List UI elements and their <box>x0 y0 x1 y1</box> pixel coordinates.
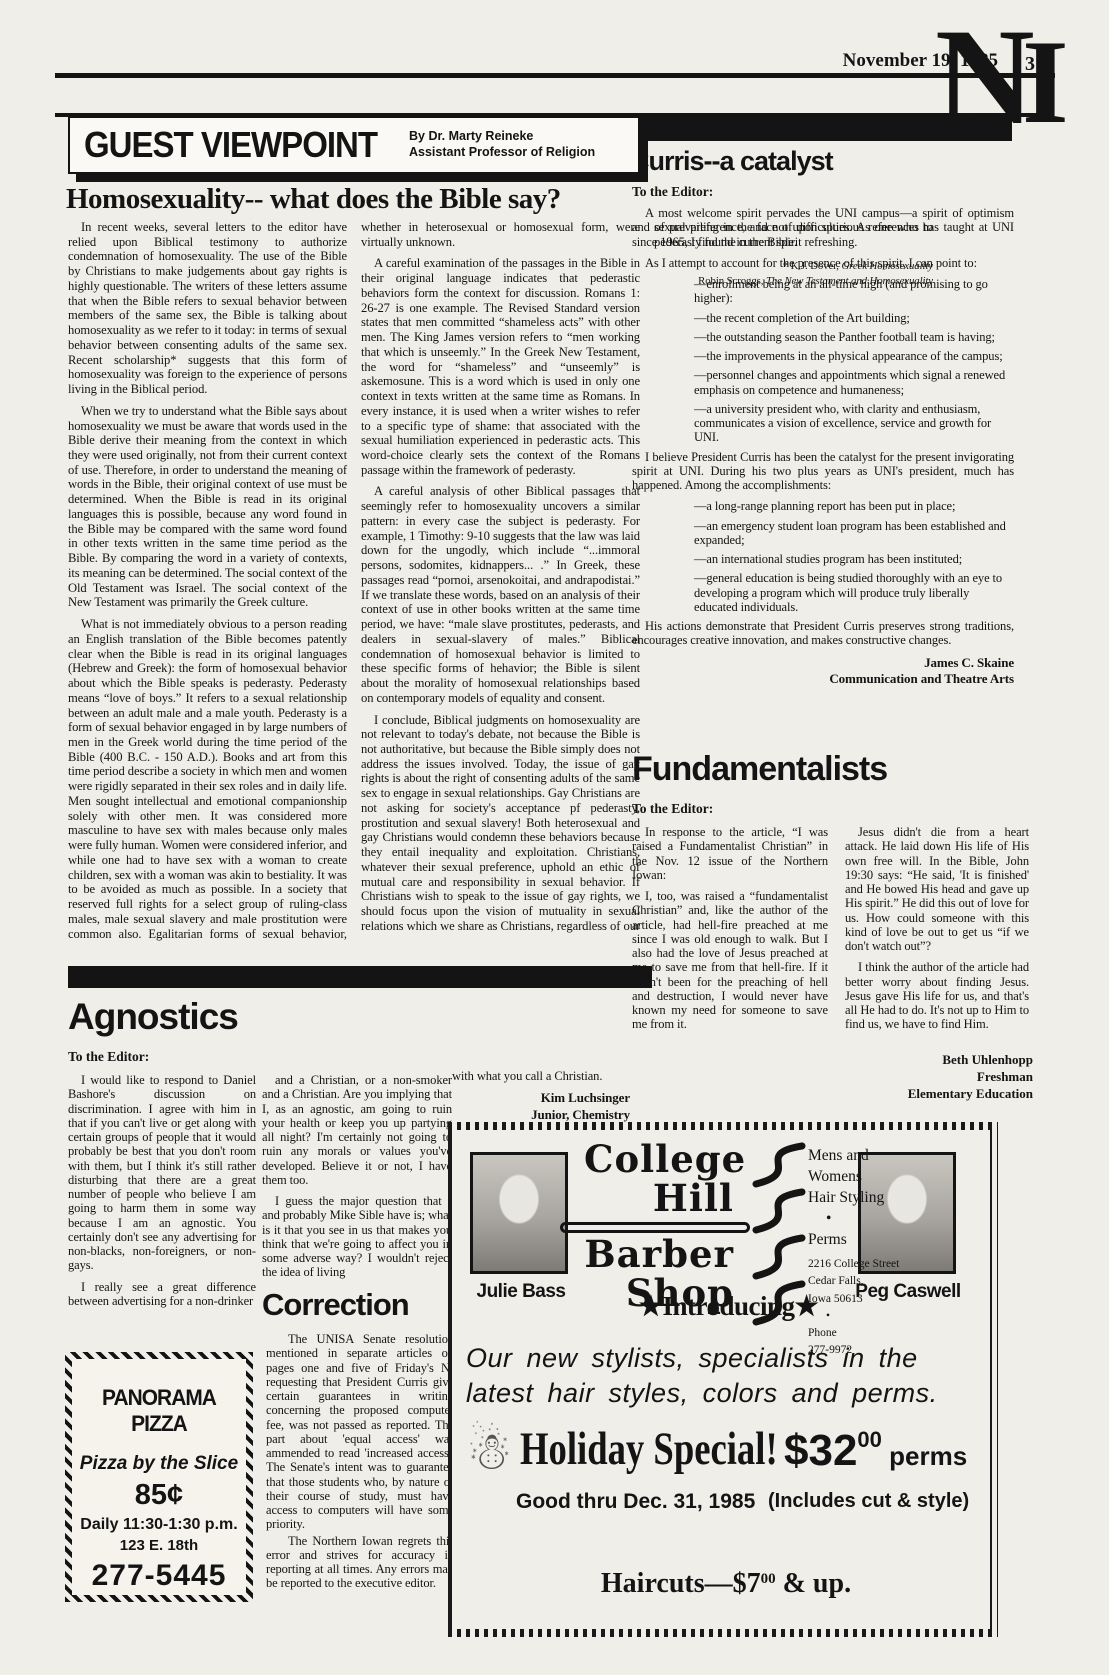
curris-salutation: To the Editor: <box>632 184 713 200</box>
correction-headline: Correction <box>262 1287 409 1323</box>
barber-tagline: Our new stylists, specialists in the lat… <box>466 1341 986 1411</box>
agnostics-paragraph: I would like to respond to Daniel Bashor… <box>68 1073 256 1273</box>
barber-shop-ad: Julie Bass Peg Caswell College Hill Barb… <box>448 1122 998 1637</box>
fundamentalists-paragraph: In response to the article, “I was raise… <box>632 825 828 882</box>
julie-bass-photo <box>470 1152 568 1274</box>
curris-paragraph: I believe President Curris has been the … <box>632 450 1014 493</box>
curris-bullet: —an emergency student loan program has b… <box>694 519 1014 548</box>
signature-class: Freshman <box>845 1069 1033 1086</box>
article-headline: Homosexuality-- what does the Bible say? <box>66 183 641 216</box>
service-line: Hair Styling <box>808 1188 918 1209</box>
address-line: Cedar Falls, <box>808 1273 926 1290</box>
pizza-ad-price: 85¢ <box>72 1479 246 1512</box>
address-line: Phone <box>808 1325 926 1342</box>
curris-signature: James C. Skaine Communication and Theatr… <box>632 655 1014 689</box>
logo-word: Hill <box>584 1179 734 1218</box>
curris-paragraph: A most welcome spirit pervades the UNI c… <box>632 206 1014 249</box>
fundamentalists-paragraph: Jesus didn't die from a heart attack. He… <box>845 825 1029 953</box>
byline-author: By Dr. Marty Reineke <box>409 129 624 145</box>
signature-name: Beth Uhlenhopp <box>845 1052 1033 1069</box>
guest-viewpoint-byline: By Dr. Marty Reineke Assistant Professor… <box>409 129 624 160</box>
fundamentalists-headline: Fundamentalists <box>632 750 887 789</box>
signature-name: James C. Skaine <box>632 655 1014 672</box>
agnostics-headline: Agnostics <box>68 996 238 1038</box>
agnostics-signature: Kim Luchsinger Junior, Chemistry <box>452 1090 630 1124</box>
stylist-name: Julie Bass <box>460 1281 582 1303</box>
article-body: In recent weeks, several letters to the … <box>68 220 640 962</box>
logo-word: College <box>584 1140 734 1179</box>
price-cents: 00 <box>857 1427 881 1452</box>
agnostics-column-3: with what you call a Christian. Kim Luch… <box>452 1069 630 1124</box>
guest-viewpoint-title: GUEST VIEWPOINT <box>84 124 377 166</box>
byline-role: Assistant Professor of Religion <box>409 145 624 161</box>
ni-logo-i: I <box>1022 22 1069 142</box>
pizza-ad-name: PANORAMA PIZZA <box>76 1385 241 1437</box>
curris-paragraph: As I attempt to account for the presence… <box>632 256 1014 270</box>
barber-services: Mens and Womens Hair Styling • Perms <box>808 1146 918 1251</box>
price-includes-note: (Includes cut & style) <box>768 1490 969 1513</box>
pizza-ad-hours: Daily 11:30-1:30 p.m. <box>72 1516 246 1534</box>
guest-viewpoint-banner: GUEST VIEWPOINT By Dr. Marty Reineke Ass… <box>68 116 640 174</box>
section-divider-bar <box>68 966 652 988</box>
curris-letter-body: A most welcome spirit pervades the UNI c… <box>632 206 1014 688</box>
holiday-special-headline: Holiday Special! <box>520 1422 778 1476</box>
correction-paragraph: The UNISA Senate resolution mentioned in… <box>266 1332 454 1532</box>
agnostics-column-2: and a Christian, or a non-smoker and a C… <box>262 1073 452 1287</box>
curris-bullet: —enrollment being at an all-time high (a… <box>694 277 1014 306</box>
haircut-price: Haircuts—$7 <box>601 1568 761 1599</box>
address-line: 2216 College Street <box>808 1256 926 1273</box>
curris-paragraph: His actions demonstrate that President C… <box>632 619 1014 648</box>
ni-logo-n: N <box>935 8 1035 146</box>
article-paragraph: A careful analysis of other Biblical pas… <box>361 484 640 705</box>
offer-valid-dates: Good thru Dec. 31, 1985 <box>516 1490 755 1514</box>
price-dollars: $32 <box>784 1426 857 1475</box>
fundamentalists-column-2: Jesus didn't die from a heart attack. He… <box>845 825 1029 1039</box>
pizza-ad-tagline: Pizza by the Slice <box>72 1453 246 1475</box>
article-paragraph: In recent weeks, several letters to the … <box>68 220 347 397</box>
curris-bullet: —general education is being studied thor… <box>694 571 1014 614</box>
haircut-price-line: Haircuts—$700 & up. <box>566 1568 886 1600</box>
correction-body: The UNISA Senate resolution mentioned in… <box>266 1332 454 1593</box>
masthead-rule-top <box>55 73 1055 78</box>
perm-price: $3200 perms <box>784 1426 967 1476</box>
agnostics-paragraph: I really see a great difference between … <box>68 1280 256 1309</box>
curris-bullet: —personnel changes and appointments whic… <box>694 368 1014 397</box>
service-line: Perms <box>808 1230 918 1251</box>
separator-dot: • <box>808 1209 918 1230</box>
correction-paragraph: The Northern Iowan regrets this error an… <box>266 1534 454 1591</box>
fundamentalists-paragraph: I, too, was raised a “fundamentalist Chr… <box>632 889 828 1032</box>
haircut-cents: 00 <box>761 1571 776 1587</box>
service-line: Mens and <box>808 1146 918 1167</box>
price-unit: perms <box>882 1441 967 1471</box>
fundamentalists-salutation: To the Editor: <box>632 801 713 817</box>
haircut-suffix: & up. <box>776 1568 851 1599</box>
snowman-icon: ☃ <box>466 1422 513 1482</box>
agnostics-salutation: To the Editor: <box>68 1049 149 1065</box>
fundamentalists-column-1: In response to the article, “I was raise… <box>632 825 828 1039</box>
curris-bullet: —a university president who, with clarit… <box>694 402 1014 445</box>
pizza-ad-address: 123 E. 18th <box>72 1537 246 1554</box>
curris-bullet: —the recent completion of the Art buildi… <box>694 311 1014 325</box>
fundamentalists-paragraph: I think the author of the article had be… <box>845 960 1029 1031</box>
service-line: Womens <box>808 1167 918 1188</box>
article-paragraph: When we try to understand what the Bible… <box>68 404 347 610</box>
newspaper-page: November 19, 1985 3 N I GUEST VIEWPOINT … <box>0 0 1109 1675</box>
agnostics-column-1: I would like to respond to Daniel Bashor… <box>68 1073 256 1315</box>
curris-bullet: —an international studies program has be… <box>694 552 1014 566</box>
agnostics-paragraph: I guess the major question that I and pr… <box>262 1194 452 1280</box>
curris-bullet: —the outstanding season the Panther foot… <box>694 330 1014 344</box>
pizza-ad-phone: 277-5445 <box>72 1559 246 1593</box>
barber-shop-logo: College Hill Barber Shop <box>584 1140 799 1312</box>
curris-headline: Curris--a catalyst <box>630 146 833 177</box>
article-paragraph: A careful examination of the passages in… <box>361 256 640 477</box>
signature-name: Kim Luchsinger <box>452 1090 630 1107</box>
panorama-pizza-ad: PANORAMA PIZZA Pizza by the Slice 85¢ Da… <box>65 1352 253 1602</box>
signature-title: Communication and Theatre Arts <box>632 671 1014 688</box>
introducing-label: ★Introducing★ <box>606 1291 851 1322</box>
agnostics-paragraph: and a Christian, or a non-smoker and a C… <box>262 1073 452 1187</box>
signature-major: Elementary Education <box>845 1086 1033 1103</box>
logo-word: Barber <box>584 1235 734 1274</box>
fundamentalists-signature: Beth Uhlenhopp Freshman Elementary Educa… <box>845 1052 1033 1103</box>
agnostics-paragraph: with what you call a Christian. <box>452 1069 630 1083</box>
curris-bullet: —a long-range planning report has been p… <box>694 499 1014 513</box>
curris-bullet: —the improvements in the physical appear… <box>694 349 1014 363</box>
